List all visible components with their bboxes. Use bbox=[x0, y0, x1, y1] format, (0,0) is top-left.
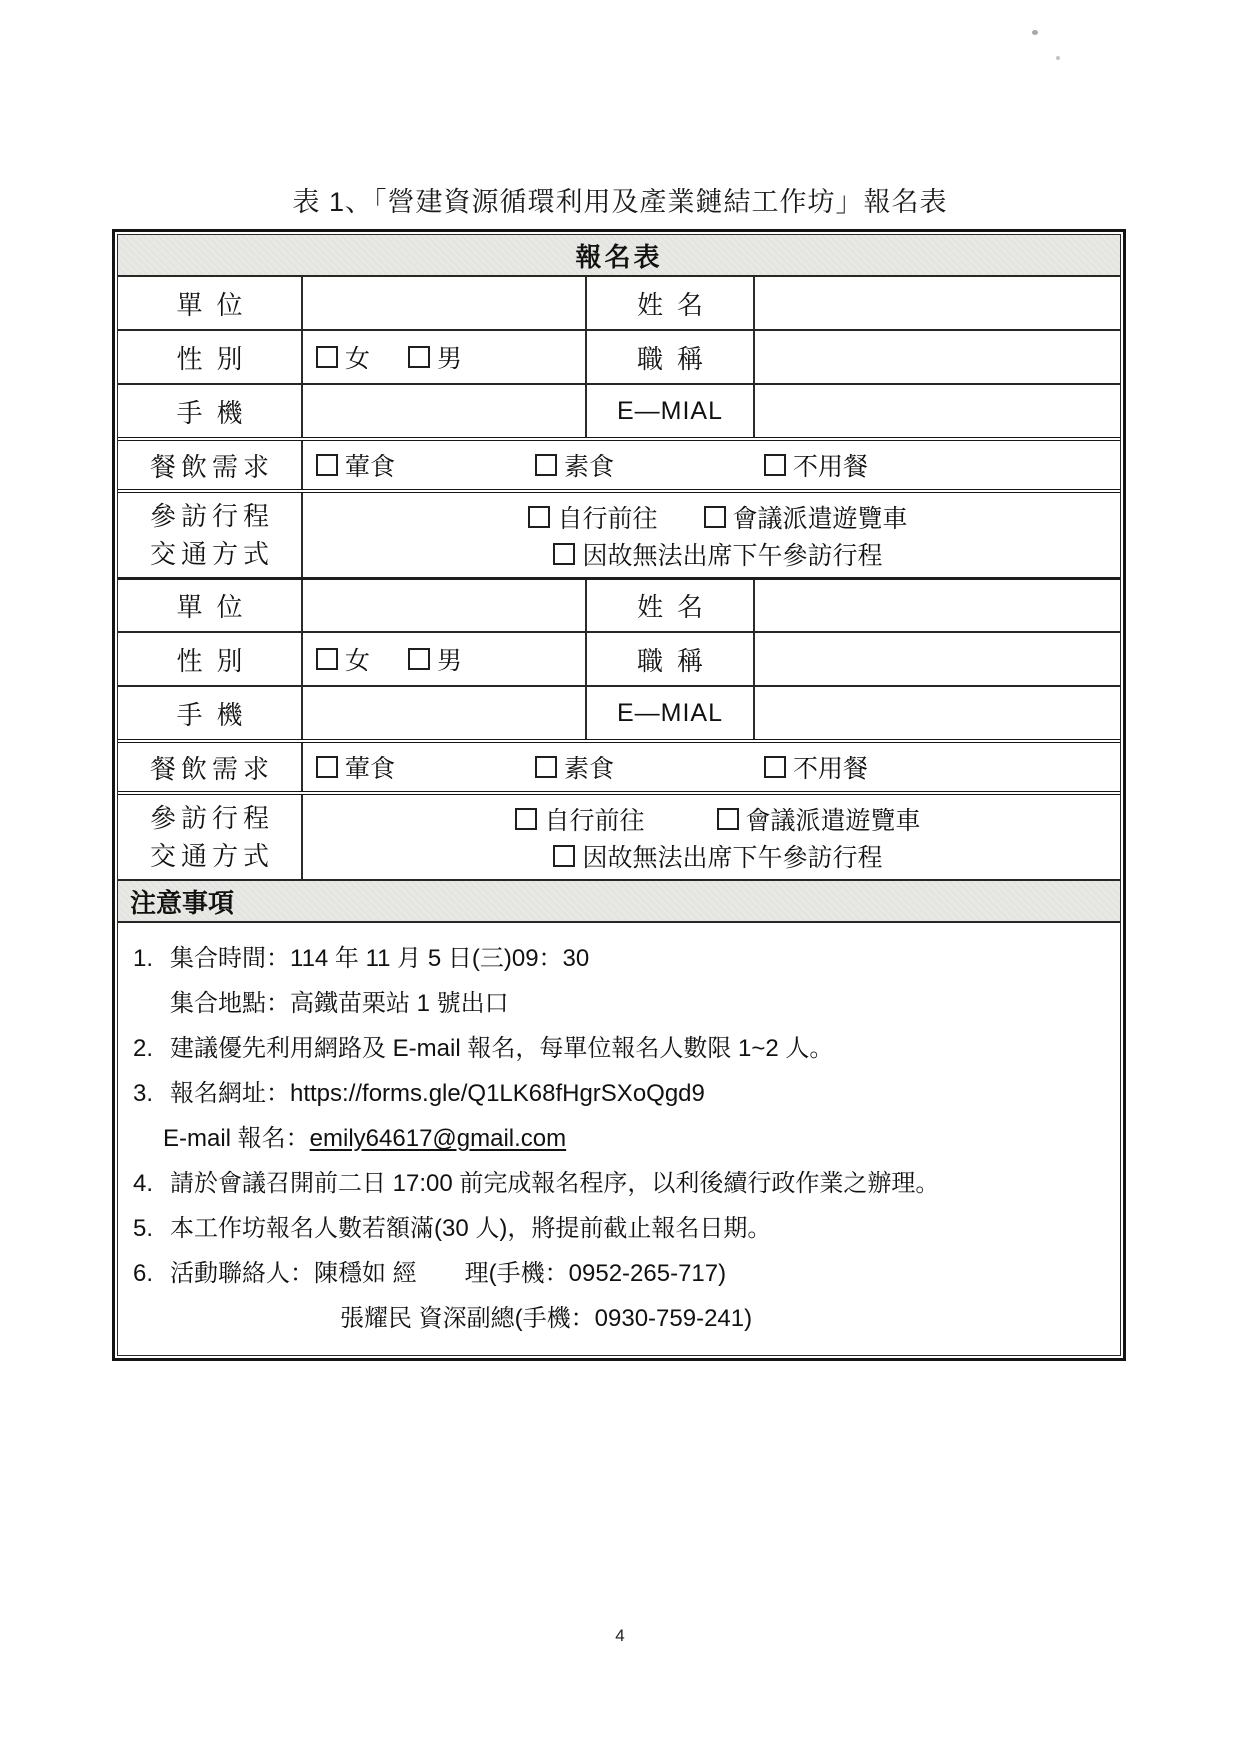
visit-options-1: 自行前往 會議派遣遊覽車 因故無法出席下午參訪行程 bbox=[301, 493, 1120, 577]
checkbox-meat-meal-2[interactable] bbox=[316, 756, 338, 778]
checkbox-self-transport-2[interactable] bbox=[515, 808, 537, 830]
contact-person-2: 張耀民 資深副總(手機：0930-759-241) bbox=[340, 1296, 752, 1341]
mobile-input-2[interactable] bbox=[301, 687, 585, 739]
notes-header-label: 注意事項 bbox=[130, 883, 234, 920]
note-line-6: 6. 活動聯絡人：陳穩如 經 理(手機：0952-265-717) bbox=[133, 1251, 1104, 1296]
gender-label-2: 性別 bbox=[176, 641, 256, 678]
unit-input-1[interactable] bbox=[301, 277, 585, 329]
page-number: 4 bbox=[0, 1626, 1240, 1646]
checkbox-absent-visit-2[interactable] bbox=[553, 845, 575, 867]
meal-row-2: 餐飲需求 葷食 素食 不用餐 bbox=[118, 739, 1120, 791]
notes-row: 1. 集合時間：114 年 11 月 5 日(三)09：30 集合地點：高鐵苗栗… bbox=[118, 921, 1120, 1355]
email-label-1: E—MIAL bbox=[617, 397, 723, 426]
job-title-input-1[interactable] bbox=[753, 331, 1120, 383]
scan-speck bbox=[1056, 56, 1060, 60]
gender-title-row-2: 性別 女 男 職稱 bbox=[118, 631, 1120, 685]
gender-option-female-2: 女 bbox=[316, 641, 370, 677]
name-label-2: 姓名 bbox=[637, 587, 717, 624]
gender-title-row-1: 性別 女 男 職稱 bbox=[118, 329, 1120, 383]
meal-option-none-1: 不用餐 bbox=[764, 447, 868, 483]
meal-label-1: 餐飲需求 bbox=[150, 447, 274, 484]
checkbox-male-1[interactable] bbox=[408, 346, 430, 368]
unit-input-2[interactable] bbox=[301, 580, 585, 631]
job-title-label-2: 職稱 bbox=[637, 641, 717, 678]
name-input-2[interactable] bbox=[753, 580, 1120, 631]
mobile-email-row-2: 手機 E—MIAL bbox=[118, 685, 1120, 739]
visit-option-self-2: 自行前往 bbox=[515, 801, 644, 837]
checkbox-shuttle-bus-2[interactable] bbox=[717, 808, 739, 830]
email-input-2[interactable] bbox=[753, 687, 1120, 739]
visit-option-absent-1: 因故無法出席下午參訪行程 bbox=[553, 536, 882, 572]
note-line-6b: 張耀民 資深副總(手機：0930-759-241) bbox=[133, 1296, 1104, 1341]
unit-label-2: 單位 bbox=[176, 587, 256, 624]
checkbox-self-transport-1[interactable] bbox=[528, 506, 550, 528]
visit-label-line2-1: 交通方式 bbox=[150, 535, 274, 573]
registration-table: 報名表 單位 姓名 性別 女 男 職稱 手機 E—MIAL 餐飲需求 bbox=[112, 229, 1126, 1361]
visit-label-line1-1: 參訪行程 bbox=[150, 497, 274, 535]
mobile-input-1[interactable] bbox=[301, 385, 585, 437]
checkbox-female-2[interactable] bbox=[316, 648, 338, 670]
note-line-4: 4. 請於會議召開前二日 17:00 前完成報名程序，以利後續行政作業之辦理。 bbox=[133, 1161, 1104, 1206]
visit-row-1: 參訪行程 交通方式 自行前往 會議派遣遊覽車 因故無法出席下午參訪行程 bbox=[118, 489, 1120, 577]
meal-row-1: 餐飲需求 葷食 素食 不用餐 bbox=[118, 437, 1120, 489]
registration-url: 報名網址：https://forms.gle/Q1LK68fHgrSXoQgd9 bbox=[170, 1071, 705, 1116]
registration-table-inner: 報名表 單位 姓名 性別 女 男 職稱 手機 E—MIAL 餐飲需求 bbox=[117, 234, 1121, 1356]
meal-option-meat-2: 葷食 bbox=[316, 749, 395, 785]
note-line-3b: E-mail 報名：emily64617@gmail.com bbox=[133, 1116, 1104, 1161]
email-input-1[interactable] bbox=[753, 385, 1120, 437]
unit-label-1: 單位 bbox=[176, 285, 256, 322]
visit-label-line1-2: 參訪行程 bbox=[150, 799, 274, 837]
gender-option-male-1: 男 bbox=[408, 339, 462, 375]
mobile-email-row-1: 手機 E—MIAL bbox=[118, 383, 1120, 437]
job-title-input-2[interactable] bbox=[753, 633, 1120, 685]
gender-options-1: 女 男 bbox=[301, 331, 585, 383]
gender-option-male-2: 男 bbox=[408, 641, 462, 677]
checkbox-no-meal-2[interactable] bbox=[764, 756, 786, 778]
name-label-1: 姓名 bbox=[637, 285, 717, 322]
unit-name-row-1: 單位 姓名 bbox=[118, 275, 1120, 329]
job-title-label-1: 職稱 bbox=[637, 339, 717, 376]
note-line-2: 2. 建議優先利用網路及 E-mail 報名，每單位報名人數限 1~2 人。 bbox=[133, 1026, 1104, 1071]
contact-person-1: 活動聯絡人：陳穩如 經 理(手機：0952-265-717) bbox=[170, 1251, 726, 1296]
checkbox-shuttle-bus-1[interactable] bbox=[704, 506, 726, 528]
meal-option-meat-1: 葷食 bbox=[316, 447, 395, 483]
table-header-row: 報名表 bbox=[118, 235, 1120, 275]
checkbox-veg-meal-1[interactable] bbox=[535, 454, 557, 476]
visit-option-absent-2: 因故無法出席下午參訪行程 bbox=[553, 838, 882, 874]
gender-option-female-1: 女 bbox=[316, 339, 370, 375]
checkbox-absent-visit-1[interactable] bbox=[553, 543, 575, 565]
checkbox-meat-meal-1[interactable] bbox=[316, 454, 338, 476]
visit-label-line2-2: 交通方式 bbox=[150, 837, 274, 875]
mobile-label-1: 手機 bbox=[176, 393, 256, 430]
note-line-1: 1. 集合時間：114 年 11 月 5 日(三)09：30 bbox=[133, 936, 1104, 981]
meal-option-veg-2: 素食 bbox=[535, 749, 614, 785]
notes-header-row: 注意事項 bbox=[118, 879, 1120, 921]
visit-option-bus-2: 會議派遣遊覽車 bbox=[717, 801, 921, 837]
table-header-label: 報名表 bbox=[575, 237, 662, 274]
checkbox-no-meal-1[interactable] bbox=[764, 454, 786, 476]
email-label-2: E—MIAL bbox=[617, 699, 723, 728]
checkbox-veg-meal-2[interactable] bbox=[535, 756, 557, 778]
meal-options-2: 葷食 素食 不用餐 bbox=[301, 743, 1120, 791]
unit-name-row-2: 單位 姓名 bbox=[118, 577, 1120, 631]
page-title: 表 1、「營建資源循環利用及產業鏈結工作坊」報名表 bbox=[0, 180, 1240, 219]
meal-option-none-2: 不用餐 bbox=[764, 749, 868, 785]
meal-option-veg-1: 素食 bbox=[535, 447, 614, 483]
meal-label-2: 餐飲需求 bbox=[150, 749, 274, 786]
visit-option-self-1: 自行前往 bbox=[528, 499, 657, 535]
notes-content: 1. 集合時間：114 年 11 月 5 日(三)09：30 集合地點：高鐵苗栗… bbox=[118, 923, 1120, 1355]
note-line-5: 5. 本工作坊報名人數若額滿(30 人)，將提前截止報名日期。 bbox=[133, 1206, 1104, 1251]
mobile-label-2: 手機 bbox=[176, 695, 256, 732]
visit-options-2: 自行前往 會議派遣遊覽車 因故無法出席下午參訪行程 bbox=[301, 795, 1120, 879]
meal-options-1: 葷食 素食 不用餐 bbox=[301, 441, 1120, 489]
name-input-1[interactable] bbox=[753, 277, 1120, 329]
visit-option-bus-1: 會議派遣遊覽車 bbox=[704, 499, 908, 535]
checkbox-male-2[interactable] bbox=[408, 648, 430, 670]
gender-label-1: 性別 bbox=[176, 339, 256, 376]
scan-speck bbox=[1032, 30, 1038, 35]
visit-row-2: 參訪行程 交通方式 自行前往 會議派遣遊覽車 因故無法出席下午參訪行程 bbox=[118, 791, 1120, 879]
gender-options-2: 女 男 bbox=[301, 633, 585, 685]
email-link[interactable]: emily64617@gmail.com bbox=[310, 1116, 566, 1161]
checkbox-female-1[interactable] bbox=[316, 346, 338, 368]
note-line-1b: 集合地點：高鐵苗栗站 1 號出口 bbox=[133, 981, 1104, 1026]
note-line-3: 3. 報名網址：https://forms.gle/Q1LK68fHgrSXoQ… bbox=[133, 1071, 1104, 1116]
